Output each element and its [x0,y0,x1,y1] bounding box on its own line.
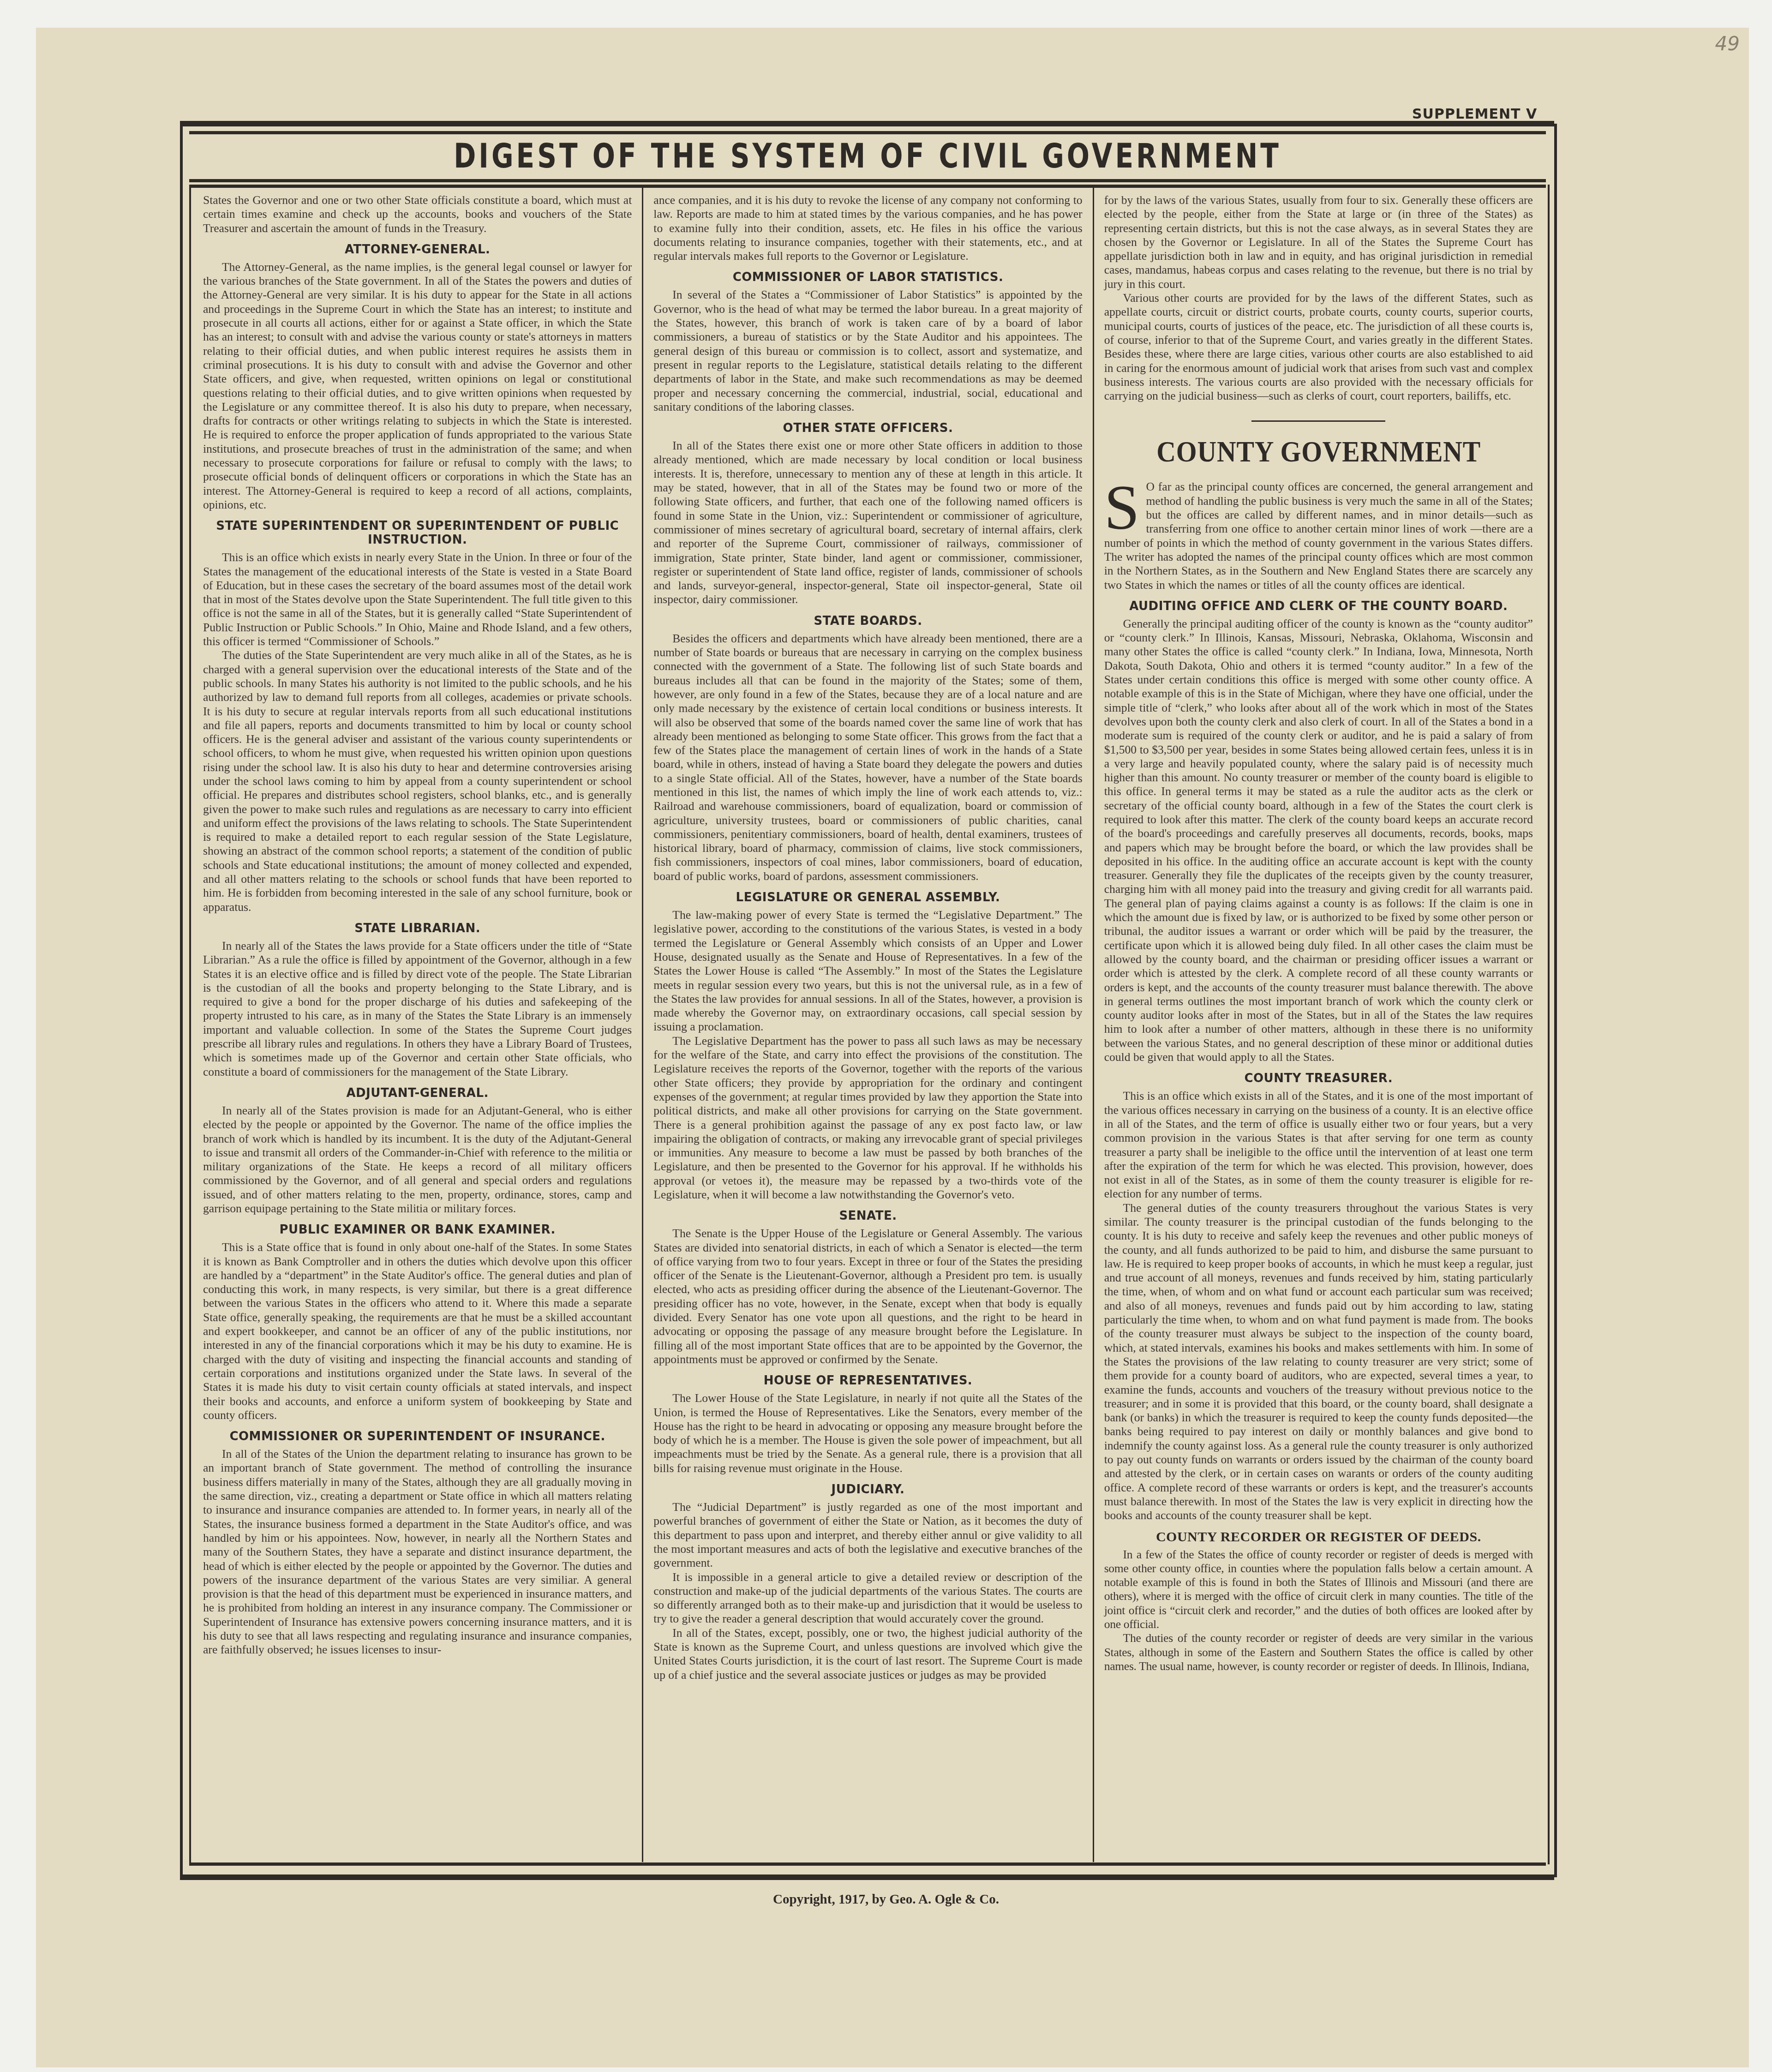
body-paragraph: Generally the principal auditing officer… [1104,617,1533,1065]
handwritten-page-number: 49 [1715,32,1740,55]
bottom-outer-rule [180,1874,1554,1880]
section-heading: ATTORNEY-GENERAL. [203,243,632,257]
body-paragraph: In several of the States a “Commissioner… [653,288,1082,414]
section-divider [1251,420,1385,422]
section-heading: STATE SUPERINTENDENT OR SUPERINTENDENT O… [203,519,632,547]
column-left: States the Governor and one or two other… [193,187,642,1862]
body-paragraph: The “Judicial Department” is justly rega… [653,1500,1082,1570]
body-paragraph: for by the laws of the various States, u… [1104,193,1533,291]
section-heading: COMMISSIONER OR SUPERINTENDENT OF INSURA… [203,1430,632,1443]
section-heading: PUBLIC EXAMINER OR BANK EXAMINER. [203,1223,632,1237]
section-heading: COUNTY RECORDER OR REGISTER OF DEEDS. [1104,1530,1533,1544]
body-paragraph: The Legislative Department has the power… [653,1034,1082,1202]
section-heading: COMMISSIONER OF LABOR STATISTICS. [653,270,1082,284]
body-paragraph: The duties of the county recorder or reg… [1104,1631,1533,1673]
body-paragraph: The law-making power of every State is t… [653,908,1082,1034]
intro-paragraph: SO far as the principal county offices a… [1104,480,1533,592]
column-right: for by the laws of the various States, u… [1093,187,1543,1862]
section-heading: JUDICIARY. [653,1483,1082,1497]
section-heading: OTHER STATE OFFICERS. [653,421,1082,435]
body-paragraph: In all of the States of the Union the de… [203,1447,632,1657]
title-bottom-rule-1 [189,179,1546,182]
body-paragraph: Besides the officers and departments whi… [653,632,1082,883]
section-heading: ADJUTANT-GENERAL. [203,1086,632,1100]
body-paragraph: The Attorney-General, as the name implie… [203,260,632,512]
county-government-heading: COUNTY GOVERNMENT [1125,436,1511,468]
section-heading: STATE LIBRARIAN. [203,922,632,935]
column-middle: ance companies, and it is his duty to re… [642,187,1092,1862]
body-paragraph: In all of the States, except, possibly, … [653,1626,1082,1682]
body-paragraph: This is a State office that is found in … [203,1240,632,1422]
body-paragraph: States the Governor and one or two other… [203,193,632,235]
body-paragraph: In nearly all of the States the laws pro… [203,939,632,1079]
body-paragraph: Various other courts are provided for by… [1104,291,1533,403]
body-paragraph: This is an office which exists in nearly… [203,551,632,648]
intro-paragraph-text: O far as the principal county offices ar… [1104,480,1533,591]
body-paragraph: In nearly all of the States provision is… [203,1104,632,1216]
body-paragraph: This is an office which exists in all of… [1104,1089,1533,1201]
body-paragraph: The Senate is the Upper House of the Leg… [653,1227,1082,1366]
body-paragraph: ance companies, and it is his duty to re… [653,193,1082,263]
body-paragraph: The general duties of the county treasur… [1104,1201,1533,1523]
supplement-label: SUPPLEMENT V [1412,106,1537,122]
section-heading: STATE BOARDS. [653,614,1082,628]
body-paragraph: It is impossible in a general article to… [653,1570,1082,1626]
section-heading: HOUSE OF REPRESENTATIVES. [653,1374,1082,1388]
top-outer-rule [180,121,1554,126]
body-paragraph: The Lower House of the State Legislature… [653,1391,1082,1475]
bottom-inner-rule [189,1862,1546,1866]
section-heading: LEGISLATURE OR GENERAL ASSEMBLY. [653,891,1082,904]
article-columns: States the Governor and one or two other… [193,187,1543,1862]
title-banner: DIGEST OF THE SYSTEM OF CIVIL GOVERNMENT [189,133,1546,179]
section-heading: SENATE. [653,1209,1082,1223]
body-paragraph: In all of the States there exist one or … [653,439,1082,607]
body-paragraph: The duties of the State Superintendent a… [203,648,632,914]
body-paragraph: In a few of the States the office of cou… [1104,1548,1533,1632]
section-heading: AUDITING OFFICE AND CLERK OF THE COUNTY … [1104,599,1533,613]
section-heading: COUNTY TREASURER. [1104,1072,1533,1085]
page-title: DIGEST OF THE SYSTEM OF CIVIL GOVERNMENT [454,137,1281,176]
drop-cap-letter: S [1104,482,1140,533]
copyright-line: Copyright, 1917, by Geo. A. Ogle & Co. [0,1892,1772,1907]
